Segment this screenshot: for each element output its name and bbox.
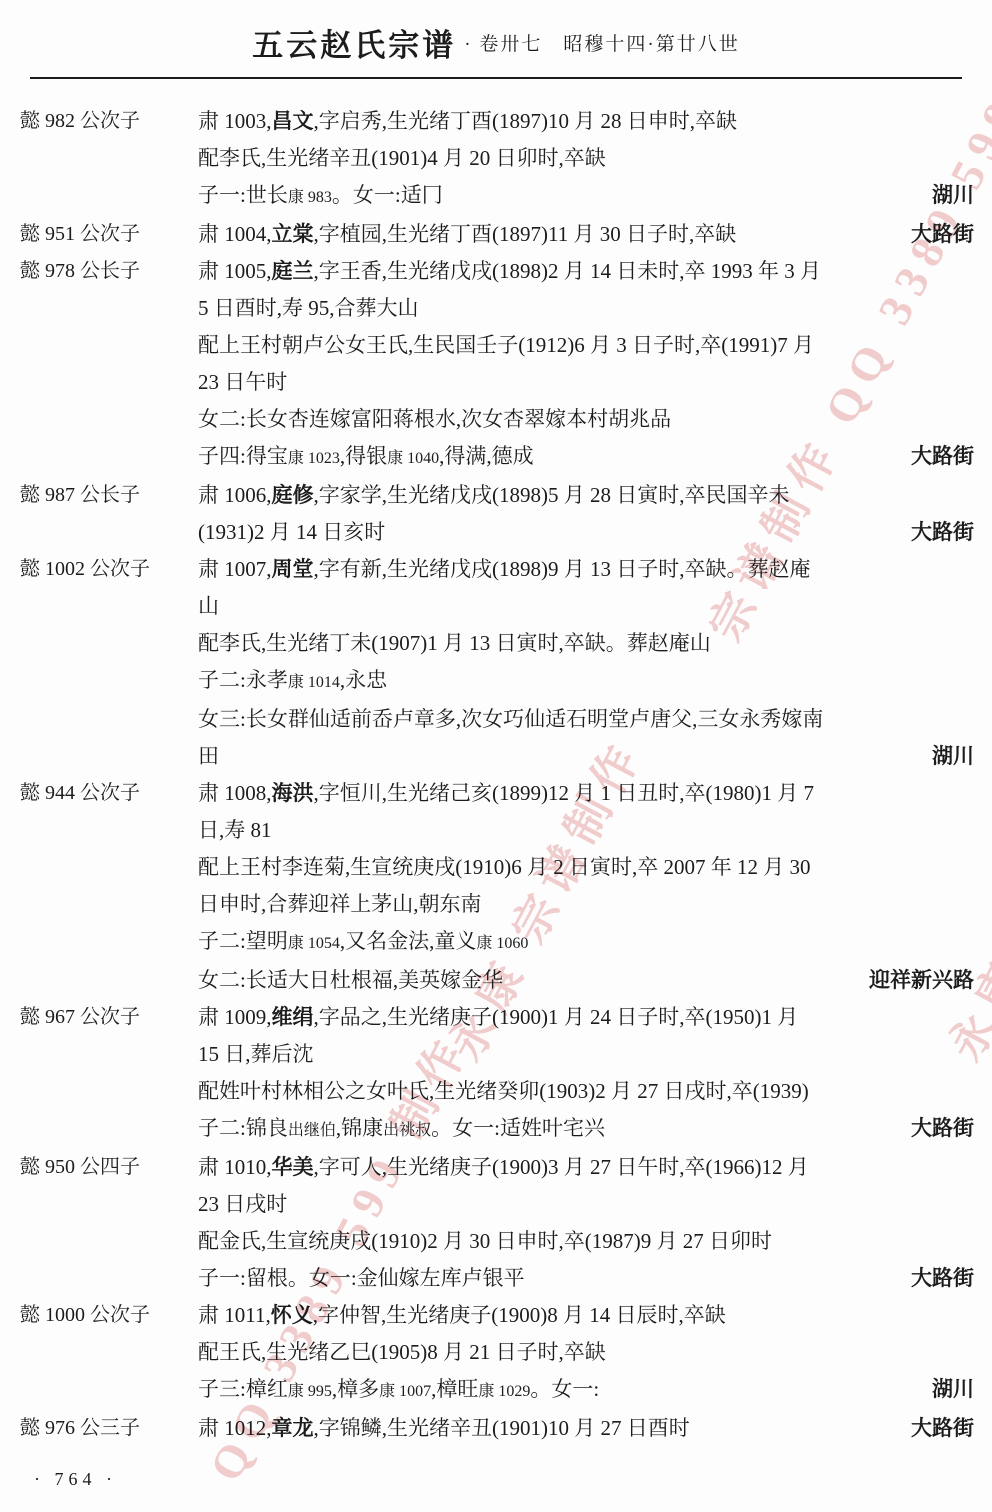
person-name: 维绢 bbox=[272, 1005, 314, 1029]
entry-text: 肃 1010,华美,字可人,生光绪庚子(1900)3 月 27 日午时,卒(19… bbox=[198, 1149, 809, 1186]
person-name: 华美 bbox=[272, 1155, 314, 1179]
entry-line: 田湖川 bbox=[198, 738, 974, 775]
text-segment: 配金氏,生宣统庚戌(1910)2 月 30 日申时,卒(1987)9 月 27 … bbox=[198, 1229, 772, 1253]
entry-lines: 肃 1003,昌文,字启秀,生光绪丁酉(1897)10 月 28 日申时,卒缺配… bbox=[198, 103, 974, 216]
entry-line: 日申时,合葬迎祥上茅山,朝东南 bbox=[198, 886, 974, 923]
text-segment: 肃 1009, bbox=[198, 1005, 272, 1029]
place-name: 大路街 bbox=[911, 1410, 974, 1447]
text-segment: ,得银 bbox=[340, 444, 387, 468]
generation-label: 懿 951 公次子 bbox=[16, 216, 198, 253]
entry-text: 23 日戌时 bbox=[198, 1186, 287, 1223]
text-segment: 子二:锦良 bbox=[198, 1116, 288, 1140]
entry-line: 肃 1006,庭修,字家学,生光绪戊戌(1898)5 月 28 日寅时,卒民国辛… bbox=[198, 477, 974, 514]
entry-text: 子二:望明康 1054,又名金法,童义康 1060 bbox=[198, 923, 528, 962]
entry-text: 配王氏,生光绪乙巳(1905)8 月 21 日子时,卒缺 bbox=[198, 1334, 606, 1371]
entry-lines: 肃 1010,华美,字可人,生光绪庚子(1900)3 月 27 日午时,卒(19… bbox=[198, 1149, 974, 1297]
entry-row: 懿 982 公次子肃 1003,昌文,字启秀,生光绪丁酉(1897)10 月 2… bbox=[16, 103, 974, 216]
place-name: 迎祥新兴路 bbox=[869, 962, 974, 999]
entry-text: 子一:留根。女一:金仙嫁左库卢银平 bbox=[198, 1260, 525, 1297]
text-segment: 配上王村李连菊,生宣统庚戌(1910)6 月 2 日寅时,卒 2007 年 12… bbox=[198, 855, 811, 879]
text-segment: 女二:长适大日杜根福,美英嫁金华 bbox=[198, 968, 503, 992]
text-segment: ,樟旺 bbox=[431, 1377, 478, 1401]
entry-line: 配金氏,生宣统庚戌(1910)2 月 30 日申时,卒(1987)9 月 27 … bbox=[198, 1223, 974, 1260]
text-segment: ,得满,德成 bbox=[439, 444, 534, 468]
entry-text: 子四:得宝康 1023,得银康 1040,得满,德成 bbox=[198, 438, 534, 477]
entry-line: 女二:长适大日杜根福,美英嫁金华迎祥新兴路 bbox=[198, 962, 974, 999]
generation-label: 懿 987 公长子 bbox=[16, 477, 198, 514]
text-segment: 女二:长女杏连嫁富阳蒋根水,次女杏翠嫁本村胡兆品 bbox=[198, 407, 671, 431]
text-segment: 子一:世长 bbox=[198, 183, 288, 207]
entry-row: 懿 951 公次子肃 1004,立棠,字植园,生光绪丁酉(1897)11 月 3… bbox=[16, 216, 974, 253]
entry-text: 配金氏,生宣统庚戌(1910)2 月 30 日申时,卒(1987)9 月 27 … bbox=[198, 1223, 772, 1260]
place-name: 湖川 bbox=[932, 738, 974, 775]
entry-lines: 肃 1011,怀义,字仲智,生光绪庚子(1900)8 月 14 日辰时,卒缺配王… bbox=[198, 1297, 974, 1410]
text-segment: 23 日午时 bbox=[198, 370, 287, 394]
entry-text: 田 bbox=[198, 738, 219, 775]
entry-line: 子一:留根。女一:金仙嫁左库卢银平大路街 bbox=[198, 1260, 974, 1297]
reference-number: 康 1023 bbox=[288, 450, 340, 467]
text-segment: 子三:樟红 bbox=[198, 1377, 288, 1401]
reference-number: 康 1014 bbox=[288, 674, 340, 691]
text-segment: (1931)2 月 14 日亥时 bbox=[198, 520, 385, 544]
text-segment: ,字家学,生光绪戊戌(1898)5 月 28 日寅时,卒民国辛未 bbox=[314, 483, 790, 507]
place-name: 大路街 bbox=[911, 438, 974, 477]
person-name: 昌文 bbox=[272, 109, 314, 133]
entry-lines: 肃 1005,庭兰,字王香,生光绪戊戌(1898)2 月 14 日未时,卒 19… bbox=[198, 253, 974, 477]
text-segment: 配上王村朝卢公女王氏,生民国壬子(1912)6 月 3 日子时,卒(1991)7… bbox=[198, 333, 814, 357]
entry-text: (1931)2 月 14 日亥时 bbox=[198, 514, 385, 551]
entry-line: 配李氏,生光绪丁未(1907)1 月 13 日寅时,卒缺。葬赵庵山 bbox=[198, 625, 974, 662]
text-segment: 5 日酉时,寿 95,合葬大山 bbox=[198, 296, 419, 320]
text-segment: 肃 1003, bbox=[198, 109, 272, 133]
text-segment: ,锦康 bbox=[336, 1116, 383, 1140]
reference-number: 康 995 bbox=[288, 1383, 332, 1400]
entry-line: 肃 1009,维绢,字品之,生光绪庚子(1900)1 月 24 日子时,卒(19… bbox=[198, 999, 974, 1036]
generation-label: 懿 1000 公次子 bbox=[16, 1297, 198, 1334]
entry-row: 懿 1000 公次子肃 1011,怀义,字仲智,生光绪庚子(1900)8 月 1… bbox=[16, 1297, 974, 1410]
text-segment: ,字恒川,生光绪己亥(1899)12 月 1 日丑时,卒(1980)1 月 7 bbox=[314, 781, 814, 805]
entry-line: 15 日,葬后沈 bbox=[198, 1036, 974, 1073]
entry-row: 懿 976 公三子肃 1012,章龙,字锦鳞,生光绪辛丑(1901)10 月 2… bbox=[16, 1410, 974, 1447]
book-title: 五云赵氏宗谱 bbox=[252, 28, 456, 63]
reference-number: 康 1029 bbox=[478, 1383, 530, 1400]
entry-text: 肃 1007,周堂,字有新,生光绪戊戌(1898)9 月 13 日子时,卒缺。葬… bbox=[198, 551, 811, 588]
text-segment: 肃 1006, bbox=[198, 483, 272, 507]
entry-text: 日,寿 81 bbox=[198, 812, 272, 849]
entries-list: 懿 982 公次子肃 1003,昌文,字启秀,生光绪丁酉(1897)10 月 2… bbox=[0, 79, 992, 1447]
generation-label: 懿 944 公次子 bbox=[16, 775, 198, 812]
text-segment: 日申时,合葬迎祥上茅山,朝东南 bbox=[198, 892, 482, 916]
entry-line: 女二:长女杏连嫁富阳蒋根水,次女杏翠嫁本村胡兆品 bbox=[198, 401, 974, 438]
text-segment: 子二:望明 bbox=[198, 929, 288, 953]
text-segment: 。女一:适冂 bbox=[332, 183, 443, 207]
text-segment: 。女一: bbox=[530, 1377, 599, 1401]
generation-label: 懿 950 公四子 bbox=[16, 1149, 198, 1186]
entry-row: 懿 950 公四子肃 1010,华美,字可人,生光绪庚子(1900)3 月 27… bbox=[16, 1149, 974, 1297]
entry-line: 女三:长女群仙适前岙卢章多,次女巧仙适石明堂卢唐父,三女永秀嫁南 bbox=[198, 701, 974, 738]
entry-text: 肃 1011,怀义,字仲智,生光绪庚子(1900)8 月 14 日辰时,卒缺 bbox=[198, 1297, 726, 1334]
entry-text: 子二:锦良出继伯,锦康出祧叔。女一:适姓叶宅兴 bbox=[198, 1110, 605, 1149]
entry-lines: 肃 1012,章龙,字锦鳞,生光绪辛丑(1901)10 月 27 日酉时大路街 bbox=[198, 1410, 974, 1447]
text-segment: ,永忠 bbox=[340, 668, 387, 692]
entry-text: 肃 1006,庭修,字家学,生光绪戊戌(1898)5 月 28 日寅时,卒民国辛… bbox=[198, 477, 790, 514]
entry-lines: 肃 1007,周堂,字有新,生光绪戊戌(1898)9 月 13 日子时,卒缺。葬… bbox=[198, 551, 974, 775]
text-segment: 肃 1008, bbox=[198, 781, 272, 805]
entry-row: 懿 987 公长子肃 1006,庭修,字家学,生光绪戊戌(1898)5 月 28… bbox=[16, 477, 974, 551]
entry-line: 日,寿 81 bbox=[198, 812, 974, 849]
text-segment: 。女一:适姓叶宅兴 bbox=[431, 1116, 605, 1140]
generation-label: 懿 978 公长子 bbox=[16, 253, 198, 290]
entry-row: 懿 944 公次子肃 1008,海洪,字恒川,生光绪己亥(1899)12 月 1… bbox=[16, 775, 974, 999]
place-name: 大路街 bbox=[911, 1260, 974, 1297]
entry-text: 15 日,葬后沈 bbox=[198, 1036, 314, 1073]
entry-text: 肃 1012,章龙,字锦鳞,生光绪辛丑(1901)10 月 27 日酉时 bbox=[198, 1410, 690, 1447]
entry-text: 日申时,合葬迎祥上茅山,朝东南 bbox=[198, 886, 482, 923]
place-name: 大路街 bbox=[911, 1110, 974, 1149]
generation-label: 懿 967 公次子 bbox=[16, 999, 198, 1036]
entry-line: 肃 1010,华美,字可人,生光绪庚子(1900)3 月 27 日午时,卒(19… bbox=[198, 1149, 974, 1186]
text-segment: 肃 1004, bbox=[198, 222, 272, 246]
page-number: · 764 · bbox=[34, 1469, 117, 1490]
text-segment: ,字王香,生光绪戊戌(1898)2 月 14 日未时,卒 1993 年 3 月 bbox=[314, 259, 822, 283]
reference-number: 出祧叔 bbox=[383, 1122, 431, 1139]
entry-line: 肃 1003,昌文,字启秀,生光绪丁酉(1897)10 月 28 日申时,卒缺 bbox=[198, 103, 974, 140]
entry-row: 懿 1002 公次子肃 1007,周堂,字有新,生光绪戊戌(1898)9 月 1… bbox=[16, 551, 974, 775]
entry-text: 配李氏,生光绪丁未(1907)1 月 13 日寅时,卒缺。葬赵庵山 bbox=[198, 625, 711, 662]
reference-number: 康 1054 bbox=[288, 935, 340, 952]
generation-label: 懿 1002 公次子 bbox=[16, 551, 198, 588]
text-segment: 田 bbox=[198, 744, 219, 768]
entry-text: 肃 1009,维绢,字品之,生光绪庚子(1900)1 月 24 日子时,卒(19… bbox=[198, 999, 798, 1036]
reference-number: 康 983 bbox=[288, 189, 332, 206]
text-segment: 15 日,葬后沈 bbox=[198, 1042, 314, 1066]
page-header: 五云赵氏宗谱· 卷卅七 昭穆十四·第廿八世 bbox=[0, 0, 992, 65]
entry-line: 子一:世长康 983。女一:适冂湖川 bbox=[198, 177, 974, 216]
entry-text: 女三:长女群仙适前岙卢章多,次女巧仙适石明堂卢唐父,三女永秀嫁南 bbox=[198, 701, 823, 738]
entry-line: 肃 1012,章龙,字锦鳞,生光绪辛丑(1901)10 月 27 日酉时大路街 bbox=[198, 1410, 974, 1447]
volume-section-subtitle: · 卷卅七 昭穆十四·第廿八世 bbox=[464, 34, 739, 55]
entry-line: 配姓叶村林相公之女叶氏,生光绪癸卯(1903)2 月 27 日戌时,卒(1939… bbox=[198, 1073, 974, 1110]
entry-text: 子三:樟红康 995,樟多康 1007,樟旺康 1029。女一: bbox=[198, 1371, 599, 1410]
text-segment: 配王氏,生光绪乙巳(1905)8 月 21 日子时,卒缺 bbox=[198, 1340, 606, 1364]
entry-text: 子二:永孝康 1014,永忠 bbox=[198, 662, 387, 701]
place-name: 湖川 bbox=[932, 177, 974, 216]
entry-text: 配李氏,生光绪辛丑(1901)4 月 20 日卯时,卒缺 bbox=[198, 140, 606, 177]
person-name: 庭修 bbox=[272, 483, 314, 507]
reference-number: 康 1040 bbox=[387, 450, 439, 467]
entry-lines: 肃 1009,维绢,字品之,生光绪庚子(1900)1 月 24 日子时,卒(19… bbox=[198, 999, 974, 1149]
text-segment: 配李氏,生光绪丁未(1907)1 月 13 日寅时,卒缺。葬赵庵山 bbox=[198, 631, 711, 655]
person-name: 庭兰 bbox=[272, 259, 314, 283]
entry-line: 配上王村朝卢公女王氏,生民国壬子(1912)6 月 3 日子时,卒(1991)7… bbox=[198, 327, 974, 364]
entry-line: 子二:望明康 1054,又名金法,童义康 1060 bbox=[198, 923, 974, 962]
entry-text: 23 日午时 bbox=[198, 364, 287, 401]
entry-line: 肃 1005,庭兰,字王香,生光绪戊戌(1898)2 月 14 日未时,卒 19… bbox=[198, 253, 974, 290]
text-segment: 23 日戌时 bbox=[198, 1192, 287, 1216]
entry-line: 子四:得宝康 1023,得银康 1040,得满,德成大路街 bbox=[198, 438, 974, 477]
entry-lines: 肃 1008,海洪,字恒川,生光绪己亥(1899)12 月 1 日丑时,卒(19… bbox=[198, 775, 974, 999]
reference-number: 出继伯 bbox=[288, 1122, 336, 1139]
text-segment: 肃 1005, bbox=[198, 259, 272, 283]
entry-line: 5 日酉时,寿 95,合葬大山 bbox=[198, 290, 974, 327]
text-segment: 肃 1007, bbox=[198, 557, 272, 581]
person-name: 章龙 bbox=[272, 1416, 314, 1440]
entry-line: 肃 1008,海洪,字恒川,生光绪己亥(1899)12 月 1 日丑时,卒(19… bbox=[198, 775, 974, 812]
entry-text: 肃 1003,昌文,字启秀,生光绪丁酉(1897)10 月 28 日申时,卒缺 bbox=[198, 103, 737, 140]
entry-text: 配上王村朝卢公女王氏,生民国壬子(1912)6 月 3 日子时,卒(1991)7… bbox=[198, 327, 814, 364]
entry-line: 肃 1011,怀义,字仲智,生光绪庚子(1900)8 月 14 日辰时,卒缺 bbox=[198, 1297, 974, 1334]
text-segment: 子四:得宝 bbox=[198, 444, 288, 468]
entry-text: 肃 1008,海洪,字恒川,生光绪己亥(1899)12 月 1 日丑时,卒(19… bbox=[198, 775, 814, 812]
genealogy-page: 五云赵氏宗谱· 卷卅七 昭穆十四·第廿八世 宗谱制作 QQ 3389 599 永… bbox=[0, 0, 992, 1512]
entry-line: 子二:永孝康 1014,永忠 bbox=[198, 662, 974, 701]
place-name: 大路街 bbox=[911, 514, 974, 551]
entry-line: 配上王村李连菊,生宣统庚戌(1910)6 月 2 日寅时,卒 2007 年 12… bbox=[198, 849, 974, 886]
text-segment: ,字可人,生光绪庚子(1900)3 月 27 日午时,卒(1966)12 月 bbox=[314, 1155, 809, 1179]
text-segment: 日,寿 81 bbox=[198, 818, 272, 842]
entry-line: 肃 1007,周堂,字有新,生光绪戊戌(1898)9 月 13 日子时,卒缺。葬… bbox=[198, 551, 974, 588]
person-name: 怀义 bbox=[271, 1303, 313, 1327]
entry-line: 23 日戌时 bbox=[198, 1186, 974, 1223]
entry-line: 23 日午时 bbox=[198, 364, 974, 401]
text-segment: 子一:留根。女一:金仙嫁左库卢银平 bbox=[198, 1266, 525, 1290]
text-segment: ,字有新,生光绪戊戌(1898)9 月 13 日子时,卒缺。葬赵庵 bbox=[314, 557, 811, 581]
entry-text: 配姓叶村林相公之女叶氏,生光绪癸卯(1903)2 月 27 日戌时,卒(1939… bbox=[198, 1073, 809, 1110]
text-segment: ,字品之,生光绪庚子(1900)1 月 24 日子时,卒(1950)1 月 bbox=[314, 1005, 799, 1029]
entry-row: 懿 978 公长子肃 1005,庭兰,字王香,生光绪戊戌(1898)2 月 14… bbox=[16, 253, 974, 477]
entry-line: 配李氏,生光绪辛丑(1901)4 月 20 日卯时,卒缺 bbox=[198, 140, 974, 177]
text-segment: 肃 1010, bbox=[198, 1155, 272, 1179]
entry-row: 懿 967 公次子肃 1009,维绢,字品之,生光绪庚子(1900)1 月 24… bbox=[16, 999, 974, 1149]
text-segment: 肃 1011, bbox=[198, 1303, 271, 1327]
entry-line: 山 bbox=[198, 588, 974, 625]
text-segment: ,字启秀,生光绪丁酉(1897)10 月 28 日申时,卒缺 bbox=[314, 109, 738, 133]
text-segment: 配李氏,生光绪辛丑(1901)4 月 20 日卯时,卒缺 bbox=[198, 146, 606, 170]
entry-text: 山 bbox=[198, 588, 219, 625]
generation-label: 懿 976 公三子 bbox=[16, 1410, 198, 1447]
text-segment: 肃 1012, bbox=[198, 1416, 272, 1440]
place-name: 湖川 bbox=[932, 1371, 974, 1410]
entry-text: 肃 1005,庭兰,字王香,生光绪戊戌(1898)2 月 14 日未时,卒 19… bbox=[198, 253, 821, 290]
entry-text: 5 日酉时,寿 95,合葬大山 bbox=[198, 290, 419, 327]
entry-line: 子二:锦良出继伯,锦康出祧叔。女一:适姓叶宅兴大路街 bbox=[198, 1110, 974, 1149]
entry-text: 配上王村李连菊,生宣统庚戌(1910)6 月 2 日寅时,卒 2007 年 12… bbox=[198, 849, 811, 886]
entry-lines: 肃 1006,庭修,字家学,生光绪戊戌(1898)5 月 28 日寅时,卒民国辛… bbox=[198, 477, 974, 551]
text-segment: ,樟多 bbox=[332, 1377, 379, 1401]
person-name: 周堂 bbox=[272, 557, 314, 581]
text-segment: ,字锦鳞,生光绪辛丑(1901)10 月 27 日酉时 bbox=[314, 1416, 690, 1440]
place-name: 大路街 bbox=[911, 216, 974, 253]
reference-number: 康 1060 bbox=[476, 935, 528, 952]
entry-text: 肃 1004,立棠,字植园,生光绪丁酉(1897)11 月 30 日子时,卒缺 bbox=[198, 216, 736, 253]
text-segment: ,字仲智,生光绪庚子(1900)8 月 14 日辰时,卒缺 bbox=[313, 1303, 726, 1327]
entry-line: 子三:樟红康 995,樟多康 1007,樟旺康 1029。女一:湖川 bbox=[198, 1371, 974, 1410]
entry-line: 配王氏,生光绪乙巳(1905)8 月 21 日子时,卒缺 bbox=[198, 1334, 974, 1371]
text-segment: ,又名金法,童义 bbox=[340, 929, 477, 953]
entry-text: 女二:长女杏连嫁富阳蒋根水,次女杏翠嫁本村胡兆品 bbox=[198, 401, 671, 438]
person-name: 立棠 bbox=[272, 222, 314, 246]
text-segment: ,字植园,生光绪丁酉(1897)11 月 30 日子时,卒缺 bbox=[314, 222, 737, 246]
text-segment: 子二:永孝 bbox=[198, 668, 288, 692]
entry-line: 肃 1004,立棠,字植园,生光绪丁酉(1897)11 月 30 日子时,卒缺大… bbox=[198, 216, 974, 253]
person-name: 海洪 bbox=[272, 781, 314, 805]
text-segment: 山 bbox=[198, 594, 219, 618]
generation-label: 懿 982 公次子 bbox=[16, 103, 198, 140]
entry-lines: 肃 1004,立棠,字植园,生光绪丁酉(1897)11 月 30 日子时,卒缺大… bbox=[198, 216, 974, 253]
text-segment: 女三:长女群仙适前岙卢章多,次女巧仙适石明堂卢唐父,三女永秀嫁南 bbox=[198, 707, 823, 731]
entry-line: (1931)2 月 14 日亥时大路街 bbox=[198, 514, 974, 551]
reference-number: 康 1007 bbox=[379, 1383, 431, 1400]
entry-text: 子一:世长康 983。女一:适冂 bbox=[198, 177, 443, 216]
text-segment: 配姓叶村林相公之女叶氏,生光绪癸卯(1903)2 月 27 日戌时,卒(1939… bbox=[198, 1079, 809, 1103]
entry-text: 女二:长适大日杜根福,美英嫁金华 bbox=[198, 962, 503, 999]
